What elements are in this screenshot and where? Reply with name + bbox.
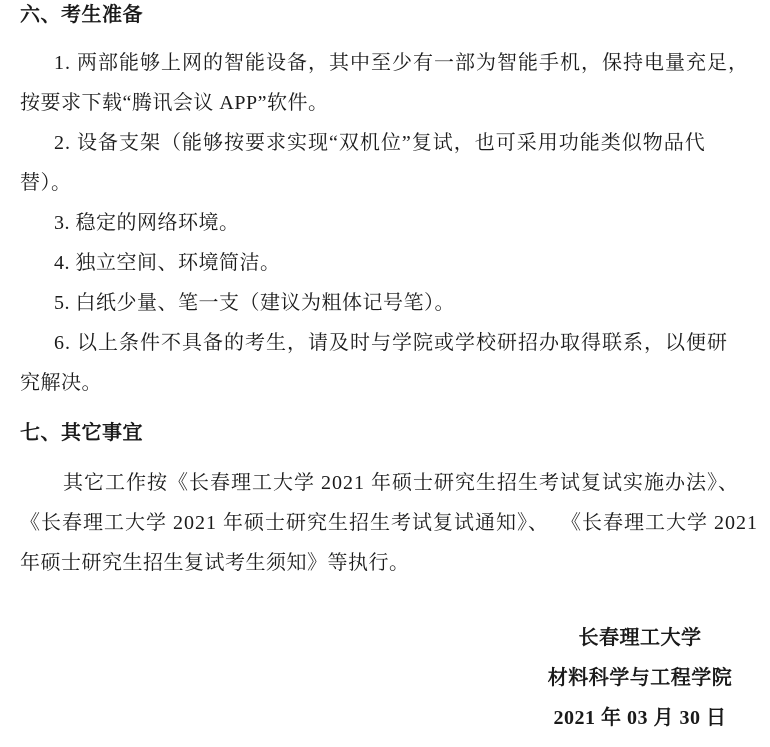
item-5-line: 5. 白纸少量、笔一支（建议为粗体记号笔）。 <box>20 283 770 323</box>
signature-college: 材料科学与工程学院 <box>500 658 770 698</box>
signature-block: 长春理工大学 材料科学与工程学院 2021 年 03 月 30 日 <box>500 618 770 738</box>
item-4-line: 4. 独立空间、环境简洁。 <box>20 243 770 283</box>
item-2-line-1: 2. 设备支架（能够按要求实现“双机位”复试，也可采用功能类似物品代 <box>20 123 770 163</box>
signature-university: 长春理工大学 <box>500 618 770 658</box>
document-page: 六、考生准备 1. 两部能够上网的智能设备，其中至少有一部为智能手机，保持电量充… <box>0 0 770 747</box>
item-2-line-2: 替）。 <box>20 163 770 203</box>
section-6-heading: 六、考生准备 <box>20 1 770 29</box>
item-1-line-1: 1. 两部能够上网的智能设备，其中至少有一部为智能手机，保持电量充足， <box>20 43 770 83</box>
section-7-body: 其它工作按《长春理工大学 2021 年硕士研究生招生考试复试实施办法》、 《长春… <box>20 463 770 583</box>
item-1-line-2: 按要求下载“腾讯会议 APP”软件。 <box>20 83 770 123</box>
section-7-para-line-2: 《长春理工大学 2021 年硕士研究生招生考试复试通知》、 《长春理工大学 20… <box>20 503 770 543</box>
item-3-line: 3. 稳定的网络环境。 <box>20 203 770 243</box>
item-6-line-2: 究解决。 <box>20 363 770 403</box>
section-6-body: 1. 两部能够上网的智能设备，其中至少有一部为智能手机，保持电量充足， 按要求下… <box>20 43 770 403</box>
section-7-para-line-1: 其它工作按《长春理工大学 2021 年硕士研究生招生考试复试实施办法》、 <box>20 463 770 503</box>
signature-date: 2021 年 03 月 30 日 <box>500 698 770 738</box>
section-7-heading: 七、其它事宜 <box>20 419 770 447</box>
section-7-para-line-3: 年硕士研究生招生复试考生须知》等执行。 <box>20 543 770 583</box>
item-6-line-1: 6. 以上条件不具备的考生，请及时与学院或学校研招办取得联系，以便研 <box>20 323 770 363</box>
